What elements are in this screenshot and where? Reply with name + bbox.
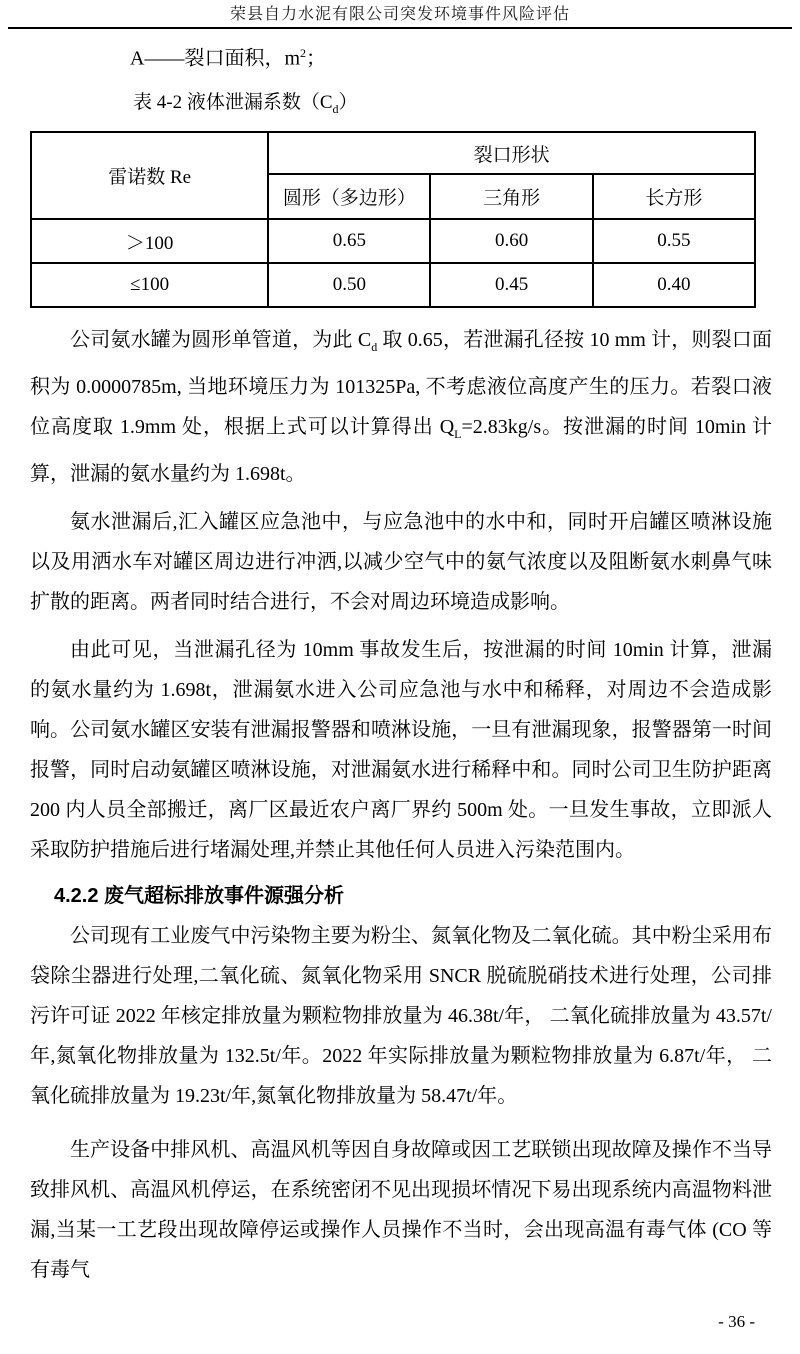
formula-text-end: ； bbox=[306, 48, 326, 70]
section-heading-4-2-2: 4.2.2 废气超标排放事件源强分析 bbox=[54, 880, 772, 912]
formula-text: A——裂口面积，m bbox=[130, 48, 300, 70]
table-row: ≤100 0.50 0.45 0.40 bbox=[31, 263, 755, 307]
paragraph-equipment-failure: 生产设备中排风机、高温风机等因自身故障或因工艺联锁出现故障及操作不当导致排风机、… bbox=[30, 1130, 772, 1290]
table-cell: 0.45 bbox=[430, 263, 592, 307]
paragraph-leak-calculation: 公司氨水罐为圆形单管道，为此 Cd 取 0.65，若泄漏孔径按 10 mm 计，… bbox=[30, 320, 772, 494]
paragraph-emission-data: 公司现有工业废气中污染物主要为粉尘、氮氧化物及二氧化硫。其中粉尘采用布袋除尘器进… bbox=[30, 916, 772, 1116]
document-page: 荣县自力水泥有限公司突发环境事件风险评估 A——裂口面积，m2； 表 4-2 液… bbox=[0, 0, 800, 1354]
table-column-header-triangle: 三角形 bbox=[430, 174, 592, 219]
table-cell: 0.50 bbox=[268, 263, 430, 307]
table-header-row-group: 雷诺数 Re 裂口形状 bbox=[31, 132, 755, 174]
table-row-label: ≤100 bbox=[31, 263, 268, 307]
document-content: A——裂口面积，m2； 表 4-2 液体泄漏系数（Cd） 雷诺数 Re 裂口形状… bbox=[0, 38, 800, 1290]
table-column-header-rectangle: 长方形 bbox=[593, 174, 755, 219]
leak-coefficient-table: 雷诺数 Re 裂口形状 圆形（多边形） 三角形 长方形 ＞100 0.65 0.… bbox=[30, 131, 756, 308]
table-corner-header: 雷诺数 Re bbox=[31, 132, 268, 219]
table-cell: 0.40 bbox=[593, 263, 755, 307]
table-caption-text: 表 4-2 液体泄漏系数（C bbox=[133, 92, 333, 113]
formula-definition-line: A——裂口面积，m2； bbox=[130, 38, 772, 74]
page-header: 荣县自力水泥有限公司突发环境事件风险评估 bbox=[0, 0, 800, 25]
table-group-header: 裂口形状 bbox=[268, 132, 755, 174]
table-cell: 0.55 bbox=[593, 219, 755, 263]
page-number: - 36 - bbox=[718, 1312, 755, 1332]
table-cell: 0.65 bbox=[268, 219, 430, 263]
table-caption-text-end: ） bbox=[339, 92, 358, 113]
header-title: 荣县自力水泥有限公司突发环境事件风险评估 bbox=[230, 6, 570, 23]
table-cell: 0.60 bbox=[430, 219, 592, 263]
paragraph-conclusion: 由此可见，当泄漏孔径为 10mm 事故发生后，按泄漏的时间 10min 计算，泄… bbox=[30, 630, 772, 870]
paragraph-text: 公司氨水罐为圆形单管道，为此 C bbox=[70, 329, 371, 351]
table-column-header-circle: 圆形（多边形） bbox=[268, 174, 430, 219]
table-row: ＞100 0.65 0.60 0.55 bbox=[31, 219, 755, 263]
header-rule bbox=[8, 27, 792, 29]
table-row-label: ＞100 bbox=[31, 219, 268, 263]
paragraph-emergency-pool: 氨水泄漏后,汇入罐区应急池中，与应急池中的水中和，同时开启罐区喷淋设施以及用洒水… bbox=[30, 502, 772, 622]
table-caption: 表 4-2 液体泄漏系数（Cd） bbox=[133, 88, 772, 124]
